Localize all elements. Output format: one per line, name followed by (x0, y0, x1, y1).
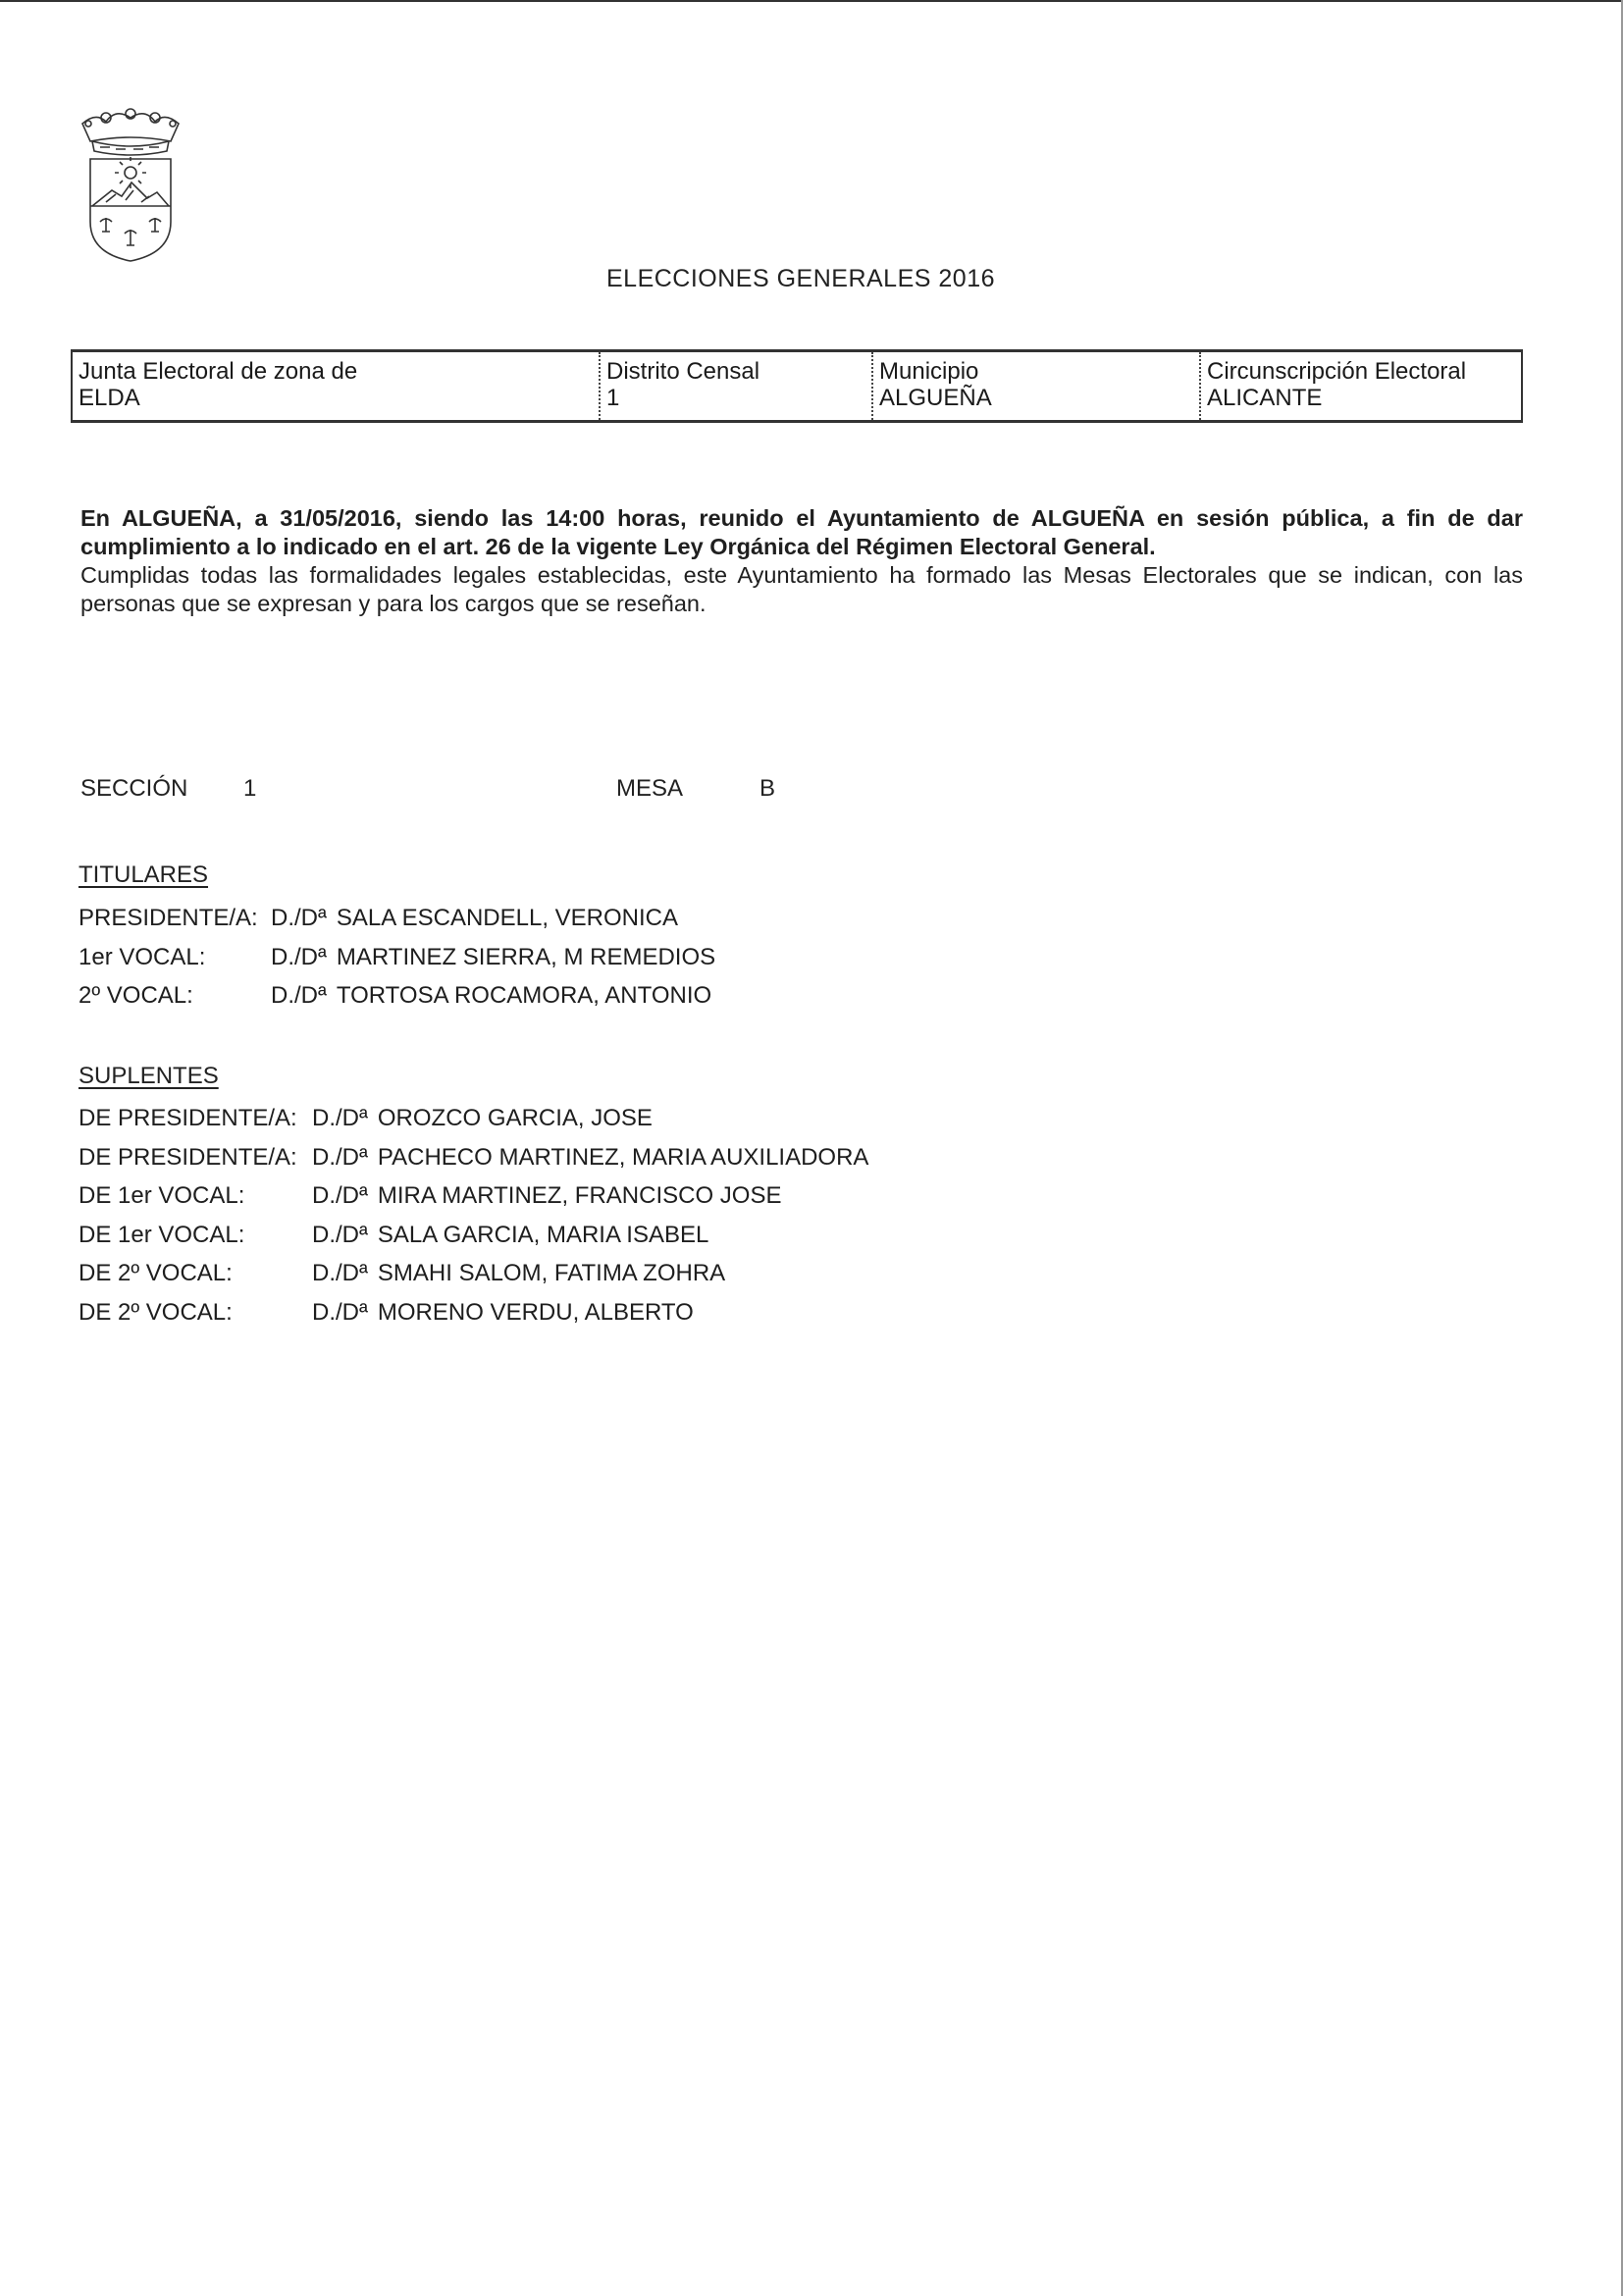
member-role: 1er VOCAL: (79, 944, 205, 971)
municipio-value: ALGUEÑA (879, 385, 1199, 411)
titulares-heading: TITULARES (79, 861, 208, 889)
mesa-label: MESA (616, 775, 683, 803)
intro-paragraph: En ALGUEÑA, a 31/05/2016, siendo las 14:… (80, 504, 1523, 618)
member-full-name: MORENO VERDU, ALBERTO (378, 1299, 694, 1326)
member-role: DE 2º VOCAL: (79, 1299, 233, 1327)
page-edge-top (0, 0, 1623, 2)
member-name: D./DªTORTOSA ROCAMORA, ANTONIO (271, 982, 711, 1010)
member-name: D./DªMIRA MARTINEZ, FRANCISCO JOSE (312, 1182, 782, 1210)
member-full-name: PACHECO MARTINEZ, MARIA AUXILIADORA (378, 1144, 869, 1171)
member-name: D./DªOROZCO GARCIA, JOSE (312, 1105, 653, 1132)
member-role: DE 1er VOCAL: (79, 1182, 244, 1210)
intro-line-1: En ALGUEÑA, a 31/05/2016, siendo las 14:… (80, 504, 1523, 561)
distrito-censal-cell: Distrito Censal 1 (601, 352, 873, 420)
member-role: DE 2º VOCAL: (79, 1260, 233, 1287)
junta-electoral-label: Junta Electoral de zona de (79, 358, 599, 385)
member-treatment: D./Dª (271, 905, 327, 931)
member-role: DE 1er VOCAL: (79, 1222, 244, 1249)
member-role: DE PRESIDENTE/A: (79, 1105, 297, 1132)
suplentes-heading: SUPLENTES (79, 1063, 219, 1090)
member-full-name: MIRA MARTINEZ, FRANCISCO JOSE (378, 1182, 782, 1209)
junta-electoral-cell: Junta Electoral de zona de ELDA (73, 352, 601, 420)
member-name: D./DªSALA GARCIA, MARIA ISABEL (312, 1222, 708, 1249)
member-treatment: D./Dª (312, 1105, 368, 1131)
member-full-name: OROZCO GARCIA, JOSE (378, 1105, 653, 1131)
member-treatment: D./Dª (271, 944, 327, 970)
member-treatment: D./Dª (271, 982, 327, 1009)
member-treatment: D./Dª (312, 1222, 368, 1248)
municipio-cell: Municipio ALGUEÑA (873, 352, 1201, 420)
circunscripcion-cell: Circunscripción Electoral ALICANTE (1201, 352, 1521, 420)
distrito-censal-label: Distrito Censal (606, 358, 871, 385)
junta-electoral-value: ELDA (79, 385, 599, 411)
member-role: DE PRESIDENTE/A: (79, 1144, 297, 1172)
member-name: D./DªPACHECO MARTINEZ, MARIA AUXILIADORA (312, 1144, 868, 1172)
member-name: D./DªSMAHI SALOM, FATIMA ZOHRA (312, 1260, 725, 1287)
member-role: PRESIDENTE/A: (79, 905, 258, 932)
municipio-label: Municipio (879, 358, 1199, 385)
circunscripcion-value: ALICANTE (1207, 385, 1521, 411)
circunscripcion-label: Circunscripción Electoral (1207, 358, 1521, 385)
seccion-label: SECCIÓN (80, 775, 187, 803)
member-treatment: D./Dª (312, 1144, 368, 1171)
municipal-coat-of-arms-icon (77, 104, 184, 265)
member-full-name: SALA GARCIA, MARIA ISABEL (378, 1222, 708, 1248)
distrito-censal-value: 1 (606, 385, 871, 411)
member-full-name: TORTOSA ROCAMORA, ANTONIO (337, 982, 711, 1009)
member-name: D./DªMORENO VERDU, ALBERTO (312, 1299, 694, 1327)
seccion-value: 1 (243, 775, 256, 803)
member-name: D./DªMARTINEZ SIERRA, M REMEDIOS (271, 944, 715, 971)
member-treatment: D./Dª (312, 1182, 368, 1209)
member-full-name: MARTINEZ SIERRA, M REMEDIOS (337, 944, 715, 970)
member-full-name: SALA ESCANDELL, VERONICA (337, 905, 678, 931)
mesa-value: B (759, 775, 775, 803)
member-treatment: D./Dª (312, 1299, 368, 1326)
member-role: 2º VOCAL: (79, 982, 193, 1010)
electoral-info-table: Junta Electoral de zona de ELDA Distrito… (71, 349, 1523, 423)
member-treatment: D./Dª (312, 1260, 368, 1286)
intro-line-2: Cumplidas todas las formalidades legales… (80, 561, 1523, 618)
member-name: D./DªSALA ESCANDELL, VERONICA (271, 905, 678, 932)
member-full-name: SMAHI SALOM, FATIMA ZOHRA (378, 1260, 725, 1286)
document-title: ELECCIONES GENERALES 2016 (0, 265, 1601, 293)
